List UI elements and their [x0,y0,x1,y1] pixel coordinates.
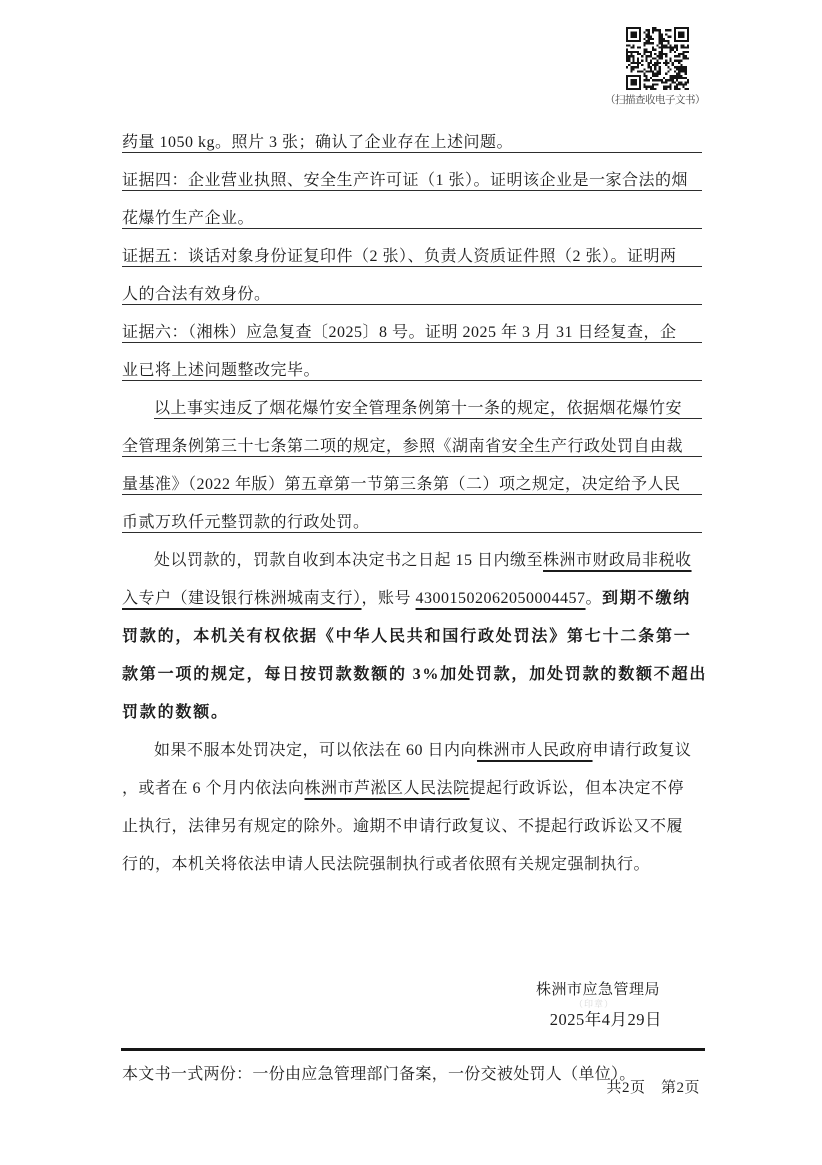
text-segment: 提起行政诉讼，但本决定不停 [470,780,685,797]
text-segment: 证据四：企业营业执照、安全生产许可证（1 张）。证明该企业是一家合法的烟 [122,172,688,189]
issuing-agency: 株洲市应急管理局 [536,978,660,999]
text-segment: 罚款的数额。 [122,704,229,721]
doc-line: 入专户（建设银行株洲城南支行），账号 43001502062050004457。… [122,580,702,618]
text-segment: 全管理条例第三十七条第二项的规定，参照《湖南省安全生产行政处罚自由裁 [122,438,683,455]
doc-line: 证据五：谈话对象身份证复印件（2 张）、负责人资质证件照（2 张）。证明两 [122,238,702,276]
text-segment: 证据五：谈话对象身份证复印件（2 张）、负责人资质证件照（2 张）。证明两 [122,248,677,265]
qr-caption: （扫描查收电子文书） [575,92,735,107]
decision-date: 2025年4月29日 [550,1006,662,1030]
document-page: （扫描查收电子文书） 药量 1050 kg。照片 3 张；确认了企业存在上述问题… [0,0,822,1165]
footer-divider [121,1048,705,1051]
doc-line: 证据四：企业营业执照、安全生产许可证（1 张）。证明该企业是一家合法的烟 [122,162,702,200]
doc-line: 行的，本机关将依法申请人民法院强制执行或者依照有关规定强制执行。 [122,846,702,884]
text-segment: 量基准》（2022 年版）第五章第一节第三条第（二）项之规定，决定给予人民 [122,476,681,493]
text-segment: 证据六：（湘株）应急复查〔2025〕8 号。证明 2025 年 3 月 31 日… [122,324,677,341]
text-segment: 申请行政复议 [593,742,692,759]
text-segment: 款第一项的规定，每日按罚款数额的 3%加处罚款，加处罚款的数额不超出 [122,666,707,683]
doc-line: 款第一项的规定，每日按罚款数额的 3%加处罚款，加处罚款的数额不超出 [122,656,702,694]
text-segment: 止执行，法律另有规定的除外。逾期不申请行政复议、不提起行政诉讼又不履 [122,818,683,835]
text-segment: 株洲市芦淞区人民法院 [305,780,470,797]
text-segment: 以上事实违反了烟花爆竹安全管理条例第十一条的规定，依据烟花爆竹安 [154,400,682,417]
text-segment: 业已将上述问题整改完毕。 [122,362,320,379]
doc-line: 全管理条例第三十七条第二项的规定，参照《湖南省安全生产行政处罚自由裁 [122,428,702,466]
document-body: 药量 1050 kg。照片 3 张；确认了企业存在上述问题。证据四：企业营业执照… [122,124,702,884]
qr-code [626,27,689,90]
text-segment: ，或者在 6 个月内依法向 [122,780,305,797]
text-segment: 罚款的，本机关有权依据《中华人民共和国行政处罚法》第七十二条第一 [122,628,692,645]
text-segment: 如果不服本处罚决定，可以依法在 60 日内向 [154,742,477,759]
text-segment: 行的，本机关将依法申请人民法院强制执行或者依照有关规定强制执行。 [122,856,650,873]
doc-line: 业已将上述问题整改完毕。 [122,352,702,390]
doc-line: 币贰万玖仟元整罚款的行政处罚。 [122,504,702,542]
text-segment: 。 [586,590,603,607]
doc-line: 罚款的数额。 [122,694,702,732]
doc-line: 罚款的，本机关有权依据《中华人民共和国行政处罚法》第七十二条第一 [122,618,702,656]
doc-line: 以上事实违反了烟花爆竹安全管理条例第十一条的规定，依据烟花爆竹安 [122,390,702,428]
page-number: 共2页 第2页 [606,1076,700,1097]
doc-line: 处以罚款的，罚款自收到本决定书之日起 15 日内缴至株洲市财政局非税收 [122,542,702,580]
text-segment: 株洲市财政局非税收 [543,552,692,569]
text-segment: 到期不缴纳 [602,590,691,607]
text-segment: ，账号 [362,590,416,607]
doc-line: 止执行，法律另有规定的除外。逾期不申请行政复议、不提起行政诉讼又不履 [122,808,702,846]
doc-line: 量基准》（2022 年版）第五章第一节第三条第（二）项之规定，决定给予人民 [122,466,702,504]
doc-line: 花爆竹生产企业。 [122,200,702,238]
text-segment: 币贰万玖仟元整罚款的行政处罚。 [122,514,370,531]
text-segment: 花爆竹生产企业。 [122,210,254,227]
doc-line: 药量 1050 kg。照片 3 张；确认了企业存在上述问题。 [122,124,702,162]
doc-line: 如果不服本处罚决定，可以依法在 60 日内向株洲市人民政府申请行政复议 [122,732,702,770]
doc-line: 人的合法有效身份。 [122,276,702,314]
text-segment: 处以罚款的，罚款自收到本决定书之日起 15 日内缴至 [154,552,543,569]
text-segment: 药量 1050 kg。照片 3 张；确认了企业存在上述问题。 [122,134,513,151]
text-segment: 43001502062050004457 [416,590,586,607]
text-segment: 株洲市人民政府 [477,742,593,759]
text-segment: 入专户（建设银行株洲城南支行） [122,590,362,607]
doc-line: 证据六：（湘株）应急复查〔2025〕8 号。证明 2025 年 3 月 31 日… [122,314,702,352]
footer-note: 本文书一式两份：一份由应急管理部门备案，一份交被处罚人（单位）。 [122,1061,636,1084]
text-segment: 人的合法有效身份。 [122,286,271,303]
doc-line: ，或者在 6 个月内依法向株洲市芦淞区人民法院提起行政诉讼，但本决定不停 [122,770,702,808]
